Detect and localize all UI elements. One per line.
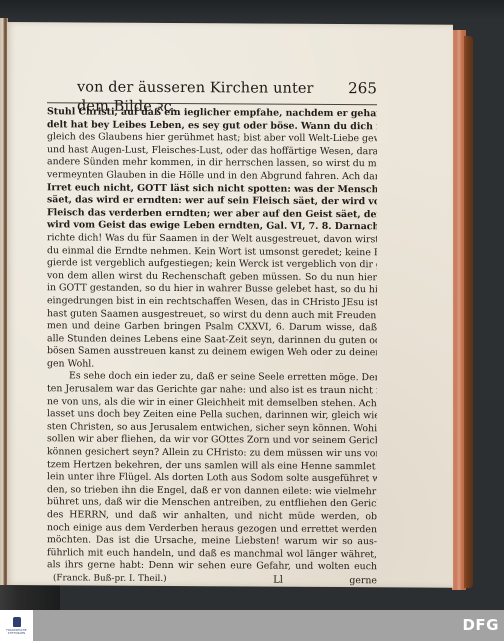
dfg-logo[interactable]: DFG bbox=[462, 616, 499, 634]
text-line: bösen Samen ausstreuen kanst zu deinem e… bbox=[47, 346, 377, 361]
book-cover-edge bbox=[464, 36, 473, 588]
binding-shadow bbox=[0, 585, 60, 610]
institution-logo[interactable]: FRANCKESCHE STIFTUNGEN bbox=[0, 610, 33, 641]
catchword: gerne bbox=[349, 575, 377, 588]
page-number: 265 bbox=[348, 79, 377, 97]
source-note: (Franck. Buß-pr. I. Theil.) bbox=[47, 573, 167, 587]
signature-mark: Ll bbox=[233, 574, 283, 587]
scanned-page-image: von der äusseren Kirchen unter dem Bilde… bbox=[0, 0, 504, 610]
institution-emblem-icon bbox=[13, 617, 21, 627]
running-head: von der äusseren Kirchen unter dem Bilde… bbox=[47, 77, 377, 101]
body-text: Stuhl Christi, auf daß ein ieglicher emp… bbox=[47, 106, 377, 574]
text-line: als ihrs gerne habt: Denn wir sehen eure… bbox=[47, 560, 377, 575]
page-content: von der äusseren Kirchen unter dem Bilde… bbox=[47, 77, 377, 588]
viewer-footer-bar: FRANCKESCHE STIFTUNGEN DFG bbox=[0, 610, 504, 641]
book-page: von der äusseren Kirchen unter dem Bilde… bbox=[7, 22, 453, 588]
page-footer: (Franck. Buß-pr. I. Theil.) Ll gerne bbox=[47, 573, 377, 588]
institution-logo-text: FRANCKESCHE STIFTUNGEN bbox=[0, 629, 33, 635]
